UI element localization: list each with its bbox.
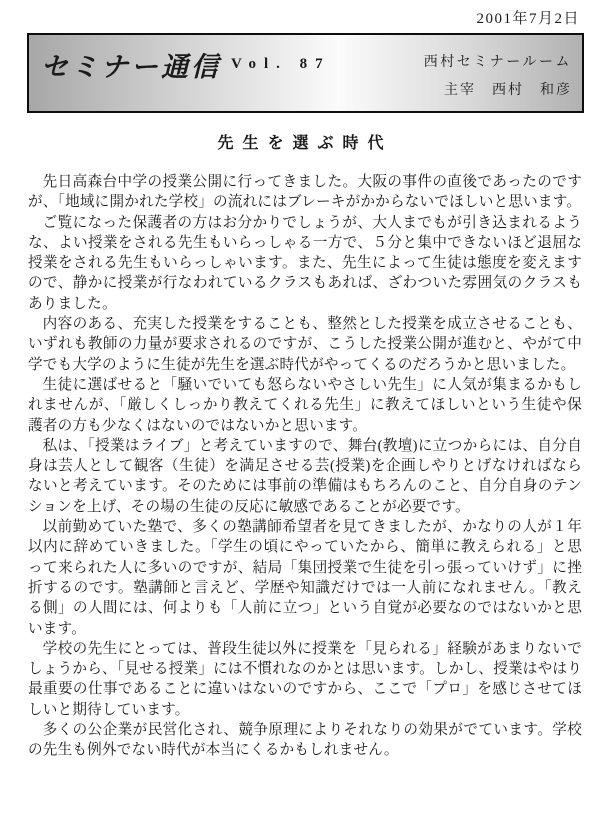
article-title: 先生を選ぶ時代	[0, 130, 610, 153]
article-body: 先日高森台中学の授業公開に行ってきました。大阪の事件の直後であったのですが、「地…	[28, 172, 582, 761]
article-paragraph: ご覧になった保護者の方はお分かりでしょうが、大人までもが引き込まれるような、よい…	[28, 213, 582, 314]
issue-date: 2001年7月2日	[476, 7, 580, 28]
newsletter-title: セミナー通信	[41, 45, 221, 84]
volume-number: Vol. 87	[231, 56, 331, 73]
article-paragraph: 以前勤めていた塾で、多くの塾講師希望者を見てきましたが、かなりの人が１年以内に辞…	[28, 517, 582, 639]
article-paragraph: 多くの公企業が民営化され、競争原理によりそれなりの効果がでています。学校の先生も…	[28, 720, 582, 761]
article-paragraph: 生徒に選ばせると「騒いでいても怒らないやさしい先生」に人気が集まるかもしれません…	[28, 375, 582, 436]
organization-name: 西村セミナールーム	[424, 51, 572, 71]
article-paragraph: 内容のある、充実した授業をすることも、整然とした授業を成立させることも、いずれも…	[28, 314, 582, 375]
masthead-box: セミナー通信 Vol. 87 西村セミナールーム 主宰 西村 和彦	[27, 33, 584, 113]
article-paragraph: 先日高森台中学の授業公開に行ってきました。大阪の事件の直後であったのですが、「地…	[28, 172, 582, 213]
article-paragraph: 私は、「授業はライブ」と考えていますので、舞台(教壇)に立つからには、自分自身は…	[28, 436, 582, 517]
article-paragraph: 学校の先生にとっては、普段生徒以外に授業を「見られる」経験があまりないでしょうか…	[28, 639, 582, 720]
presider-name: 主宰 西村 和彦	[444, 79, 572, 99]
newsletter-page: 2001年7月2日 セミナー通信 Vol. 87 西村セミナールーム 主宰 西村…	[0, 0, 610, 813]
